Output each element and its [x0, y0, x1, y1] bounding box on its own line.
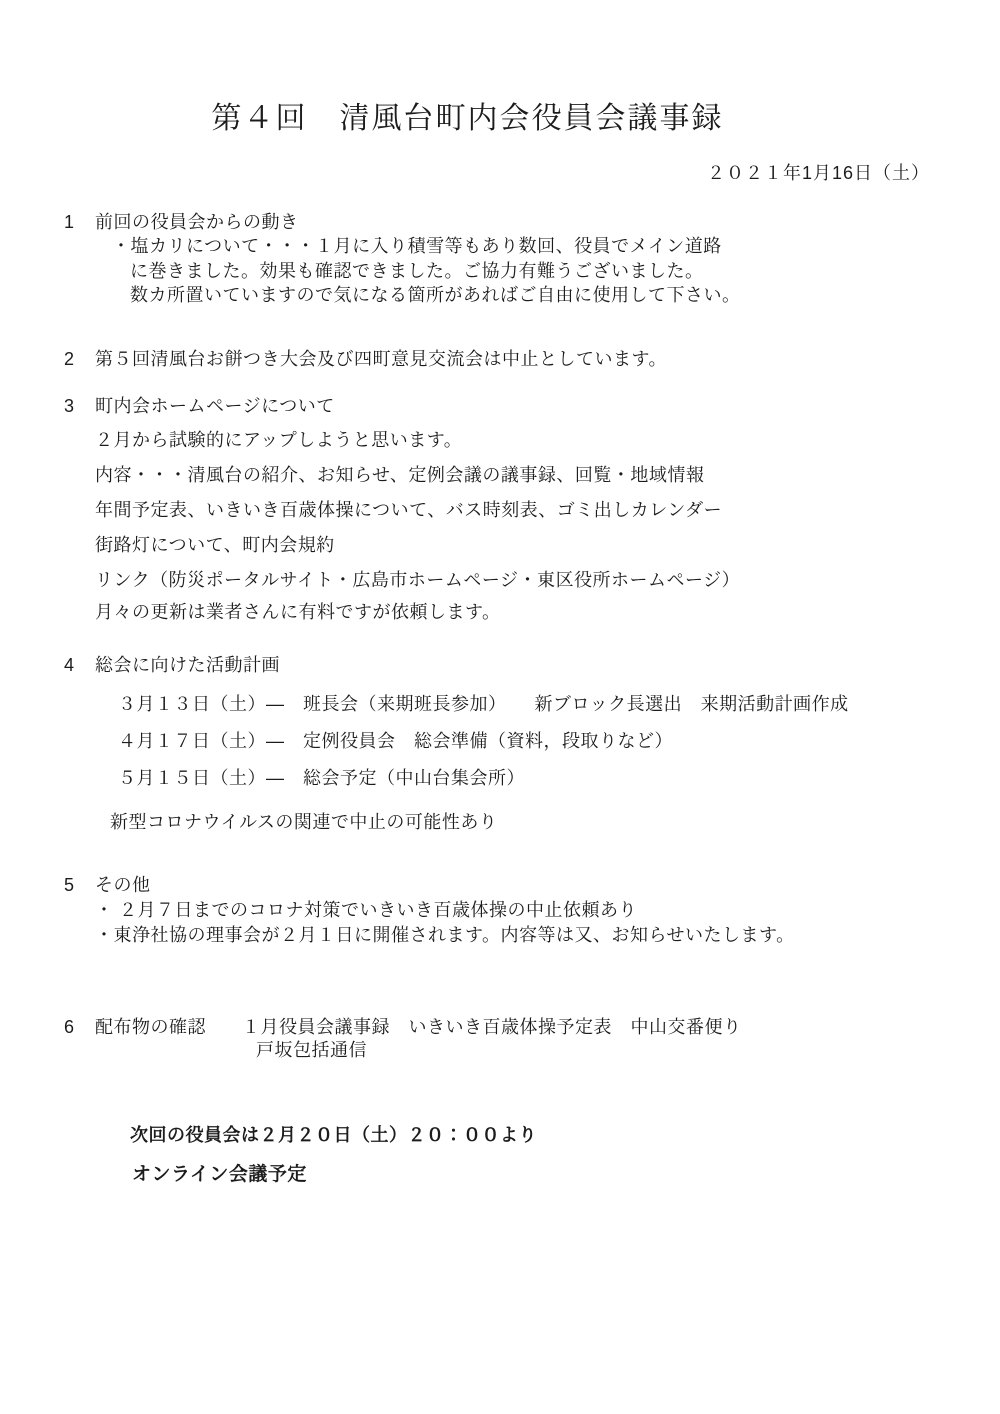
online-meeting-notice: オンライン会議予定: [132, 1163, 307, 1187]
section3-line3: 年間予定表、いきいき百歳体操について、バス時刻表、ゴミ出しカレンダー: [95, 499, 722, 522]
document-date: ２０２１年1月16日（土）: [707, 162, 930, 185]
section3-number: 3: [64, 395, 75, 418]
section3-line2: 内容・・・清風台の紹介、お知らせ、定例会議の議事録、回覧・地域情報: [95, 464, 704, 487]
section4-item3: ５月１５日（土）― 総会予定（中山台集会所）: [118, 767, 525, 790]
section3-line6: 月々の更新は業者さんに有料ですが依頼します。: [95, 601, 501, 624]
section6-label: 配布物の確認: [95, 1016, 206, 1039]
next-meeting-notice: 次回の役員会は２月２０日（土）２０：００より: [130, 1124, 537, 1147]
document-page: 第４回 清風台町内会役員会議事録 ２０２１年1月16日（土） 1 前回の役員会か…: [0, 0, 1000, 1414]
section3-line4: 街路灯について、町内会規約: [95, 534, 335, 557]
section4-item2: ４月１７日（土）― 定例役員会 総会準備（資料，段取りなど）: [118, 730, 673, 753]
section6-number: 6: [64, 1016, 75, 1039]
section4-note: 新型コロナウイルスの関連で中止の可能性あり: [110, 811, 497, 834]
section6-items-line2: 戸坂包括通信: [256, 1039, 367, 1062]
section1-bullet1-cont1: に巻きました。効果も確認できました。ご協力有難うございました。: [130, 260, 704, 283]
section1-number: 1: [64, 211, 75, 234]
section3-line1: ２月から試験的にアップしようと思います。: [95, 429, 462, 452]
section3-line5: リンク（防災ポータルサイト・広島市ホームページ・東区役所ホームページ）: [95, 569, 740, 592]
section5-bullet2: ・東浄社協の理事会が２月１日に開催されます。内容等は又、お知らせいたします。: [95, 924, 795, 947]
document-title: 第４回 清風台町内会役員会議事録: [0, 100, 935, 138]
section5-heading: その他: [95, 874, 151, 897]
section6-items-line1: １月役員会議事録 いきいき百歳体操予定表 中山交番便り: [242, 1016, 742, 1039]
section3-heading: 町内会ホームページについて: [95, 395, 335, 418]
section1-bullet1-cont2: 数カ所置いていますので気になる箇所があればご自由に使用して下さい。: [130, 284, 741, 307]
section5-number: 5: [64, 874, 75, 897]
section1-heading: 前回の役員会からの動き: [95, 211, 299, 234]
section4-number: 4: [64, 654, 75, 677]
section4-item1: ３月１３日（土）― 班長会（来期班長参加） 新ブロック長選出 来期活動計画作成: [118, 693, 849, 716]
section5-bullet1: ・ ２月７日までのコロナ対策でいきいき百歳体操の中止依頼あり: [95, 899, 637, 922]
section2-text: 第５回清風台お餅つき大会及び四町意見交流会は中止としています。: [95, 348, 667, 371]
section2-number: 2: [64, 348, 75, 371]
section4-heading: 総会に向けた活動計画: [95, 654, 280, 677]
section1-bullet1: ・塩カリについて・・・１月に入り積雪等もあり数回、役員でメイン道路: [112, 235, 722, 258]
